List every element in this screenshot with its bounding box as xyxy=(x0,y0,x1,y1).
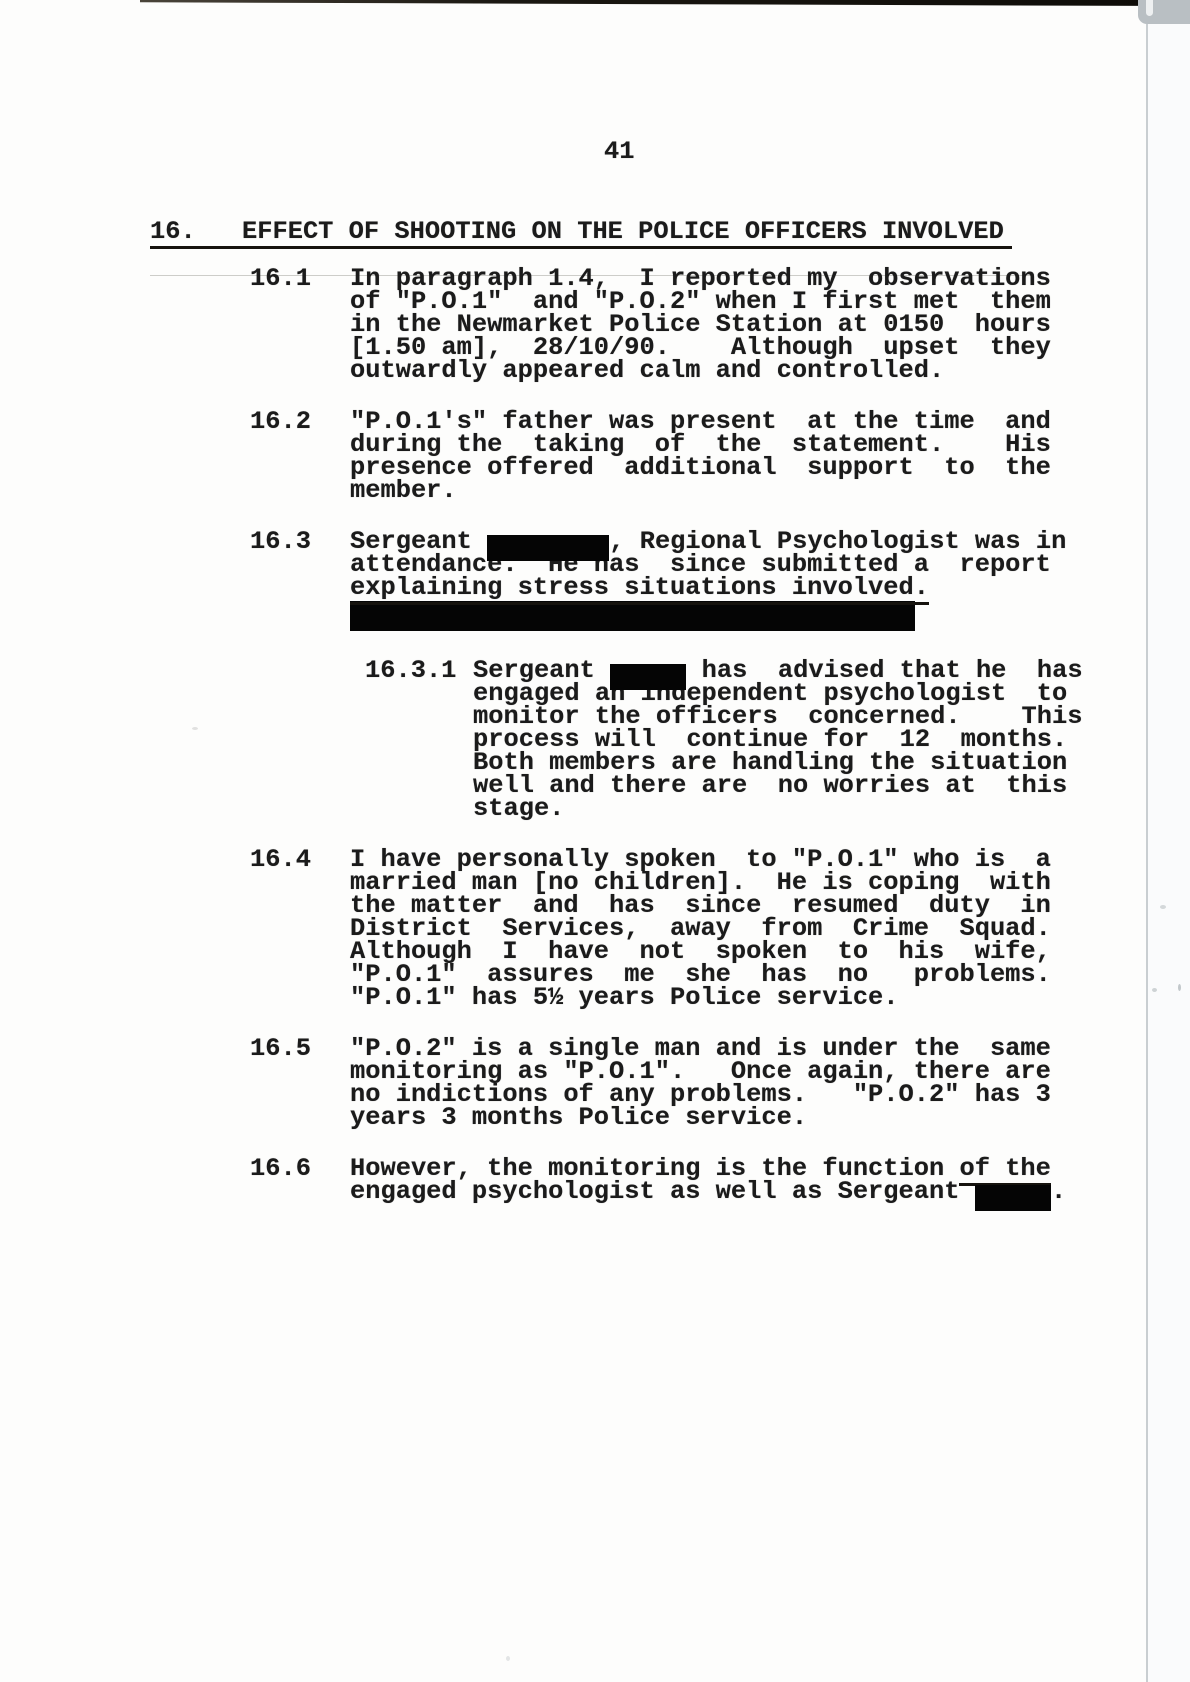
paragraph-text: "P.O.2" is a single man and is under the… xyxy=(350,1037,1051,1129)
text-line: explaining stress situations involved. xyxy=(350,576,1066,599)
paragraph-16.1: 16.1In paragraph 1.4, I reported my obse… xyxy=(250,267,1190,382)
paragraph-16.3: 16.3Sergeant , Regional Psychologist was… xyxy=(250,530,1190,631)
text-line: engaged psychologist as well as Sergeant… xyxy=(350,1180,1066,1203)
paragraph-16.5: 16.5"P.O.2" is a single man and is under… xyxy=(250,1037,1190,1129)
redaction-bar-inline xyxy=(975,1185,1051,1211)
paragraph-text: Sergeant has advised that he hasengaged … xyxy=(473,659,1083,820)
section-title: EFFECT OF SHOOTING ON THE POLICE OFFICER… xyxy=(242,220,1004,243)
section-number: 16. xyxy=(150,220,242,243)
paragraph-text: In paragraph 1.4, I reported my observat… xyxy=(350,267,1051,382)
paragraph-text: Sergeant , Regional Psychologist was ina… xyxy=(350,530,1066,631)
paragraph-text: I have personally spoken to "P.O.1" who … xyxy=(350,848,1051,1009)
redaction-bar-block xyxy=(350,601,915,631)
document-body: 41 16. EFFECT OF SHOOTING ON THE POLICE … xyxy=(0,0,1190,1231)
text-line: stage. xyxy=(473,797,1083,820)
paragraph-number: 16.3 xyxy=(250,530,350,631)
scanned-document-page: 41 16. EFFECT OF SHOOTING ON THE POLICE … xyxy=(0,0,1190,1682)
paragraph-number: 16.1 xyxy=(250,267,350,382)
paragraph-number: 16.4 xyxy=(250,848,350,1009)
paragraph-number: 16.3.1 xyxy=(365,659,473,820)
paragraph-16.3.1: 16.3.1Sergeant has advised that he hasen… xyxy=(365,659,1190,820)
text-line: "P.O.1" has 5½ years Police service. xyxy=(350,986,1051,1009)
redaction-bar-inline xyxy=(610,664,686,690)
section-heading: 16. EFFECT OF SHOOTING ON THE POLICE OFF… xyxy=(150,220,1012,249)
paragraph-16.6: 16.6However, the monitoring is the funct… xyxy=(250,1157,1190,1203)
paragraph-text: However, the monitoring is the function … xyxy=(350,1157,1066,1203)
paragraph-number: 16.6 xyxy=(250,1157,350,1203)
scan-speck xyxy=(506,1656,510,1661)
page-number: 41 xyxy=(604,140,1190,163)
text-line: member. xyxy=(350,479,1051,502)
underlined-text: explaining stress situations involved. xyxy=(350,573,929,605)
text-line: years 3 months Police service. xyxy=(350,1106,1051,1129)
paragraphs: 16.1In paragraph 1.4, I reported my obse… xyxy=(0,267,1190,1203)
paragraph-number: 16.2 xyxy=(250,410,350,502)
paragraph-text: "P.O.1's" father was present at the time… xyxy=(350,410,1051,502)
paragraph-16.4: 16.4I have personally spoken to "P.O.1" … xyxy=(250,848,1190,1009)
paragraph-number: 16.5 xyxy=(250,1037,350,1129)
text-line: outwardly appeared calm and controlled. xyxy=(350,359,1051,382)
paragraph-16.2: 16.2"P.O.1's" father was present at the … xyxy=(250,410,1190,502)
text-line: well and there are no worries at this xyxy=(473,774,1083,797)
redaction-bar-inline xyxy=(487,535,609,561)
